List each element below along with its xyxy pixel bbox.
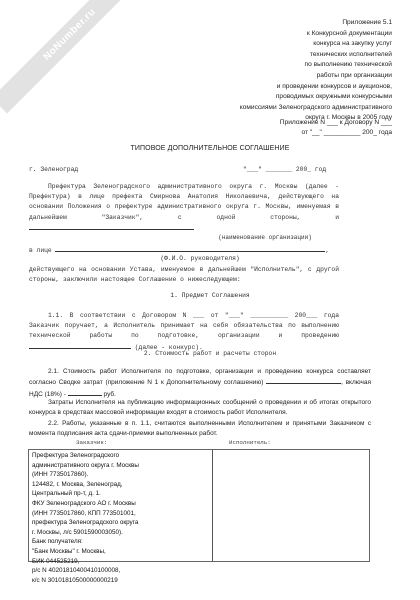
customer-details-cell: Префектура Зеленоградского административ…: [29, 450, 213, 561]
clause-2-2: 2.2. Работы, указанные в п. 1.1, считают…: [29, 419, 371, 440]
appendix-line: Приложение 5.1: [240, 18, 392, 29]
head-caption: (Ф.И.О. руководителя): [140, 255, 260, 262]
customer-detail-line: ФКУ Зеленоградского АО г. Москвы: [32, 499, 209, 509]
preamble-paragraph-2: действующего на основании Устава, именуе…: [29, 265, 339, 285]
appendix-line: комиссиями Зеленоградского административ…: [240, 103, 392, 114]
place-date-row: г. Зеленоград "___" _______ 200_ год: [29, 166, 339, 173]
appendix-line: технических исполнителей: [240, 50, 392, 61]
customer-detail-line: (ИНН 7735017860).: [32, 470, 209, 480]
contractor-label: Исполнитель:: [229, 439, 271, 446]
clause-2-1: 2.1. Стоимость работ Исполнителя по подг…: [29, 367, 371, 400]
customer-detail-line: р/с N 40201810400410100008,: [32, 566, 209, 576]
appendix-line: работы при организации: [240, 71, 392, 82]
customer-detail-line: (ИНН 7735017860, КПП 773501001,: [32, 509, 209, 519]
appendix-line: и проведении конкурсов и аукционов,: [240, 82, 392, 93]
customer-detail-line: административного округа г. Москвы: [32, 461, 209, 471]
clause-2-1-expenses: Затраты Исполнителя на публикацию информ…: [29, 398, 371, 419]
customer-detail-line: Префектура Зеленоградского: [32, 451, 209, 461]
appendix-line: проводимых окружными конкурсными: [240, 92, 392, 103]
customer-detail-line: к/с N 30101810500000000219: [32, 576, 209, 586]
section-1-heading: 1. Предмет Соглашения: [0, 292, 420, 299]
contractor-details-cell: [213, 450, 369, 561]
city: г. Зеленоград: [29, 166, 78, 173]
customer-detail-line: Банк получателя:: [32, 537, 209, 547]
watermark: NoNumber.ru: [0, 0, 148, 113]
customer-detail-line: префектура Зеленоградского округа: [32, 518, 209, 528]
head-name-blank: [55, 245, 325, 252]
appendix-line: к Конкурсной документации: [240, 29, 392, 40]
appendix-header: Приложение 5.1 к Конкурсной документации…: [240, 18, 392, 124]
customer-detail-line: Центральный пр-т, д. 1.: [32, 489, 209, 499]
annex-ref-line2: от "__" __________ 200_ года: [280, 128, 392, 138]
customer-detail-line: 124482, г. Москва, Зеленоград,: [32, 480, 209, 490]
appendix-line: конкурса на закупку услуг: [240, 39, 392, 50]
customer-label: Заказчик:: [76, 439, 107, 446]
annex-reference: Приложение N ___ к Договору N ___ от "__…: [280, 118, 392, 138]
vat-blank: [68, 389, 102, 396]
contest-name-blank: [29, 342, 131, 349]
customer-detail-line: БИК 044525219,: [32, 557, 209, 567]
section-2-heading: 2. Стоимость работ и расчеты сторон: [0, 350, 420, 357]
signature-table: Префектура Зеленоградского административ…: [28, 449, 370, 562]
appendix-line: по выполнению технической: [240, 60, 392, 71]
customer-detail-line: "Банк Москвы" г. Москвы,: [32, 547, 209, 557]
organization-blank: [29, 223, 194, 230]
customer-detail-line: г. Москвы, л/с 5901590003050).: [32, 528, 209, 538]
preamble-paragraph: Префектура Зеленоградского административ…: [29, 182, 339, 234]
cost-blank: [266, 377, 341, 384]
document-title: ТИПОВОЕ ДОПОЛНИТЕЛЬНОЕ СОГЛАШЕНИЕ: [0, 145, 420, 152]
annex-ref-line1: Приложение N ___ к Договору N ___: [280, 118, 392, 128]
agreement-date: "___" _______ 200_ год: [243, 166, 326, 173]
clause-1-1: 1.1. В соответствии с Договором N ___ от…: [29, 311, 339, 353]
organization-caption: (наименование организации): [195, 234, 335, 241]
